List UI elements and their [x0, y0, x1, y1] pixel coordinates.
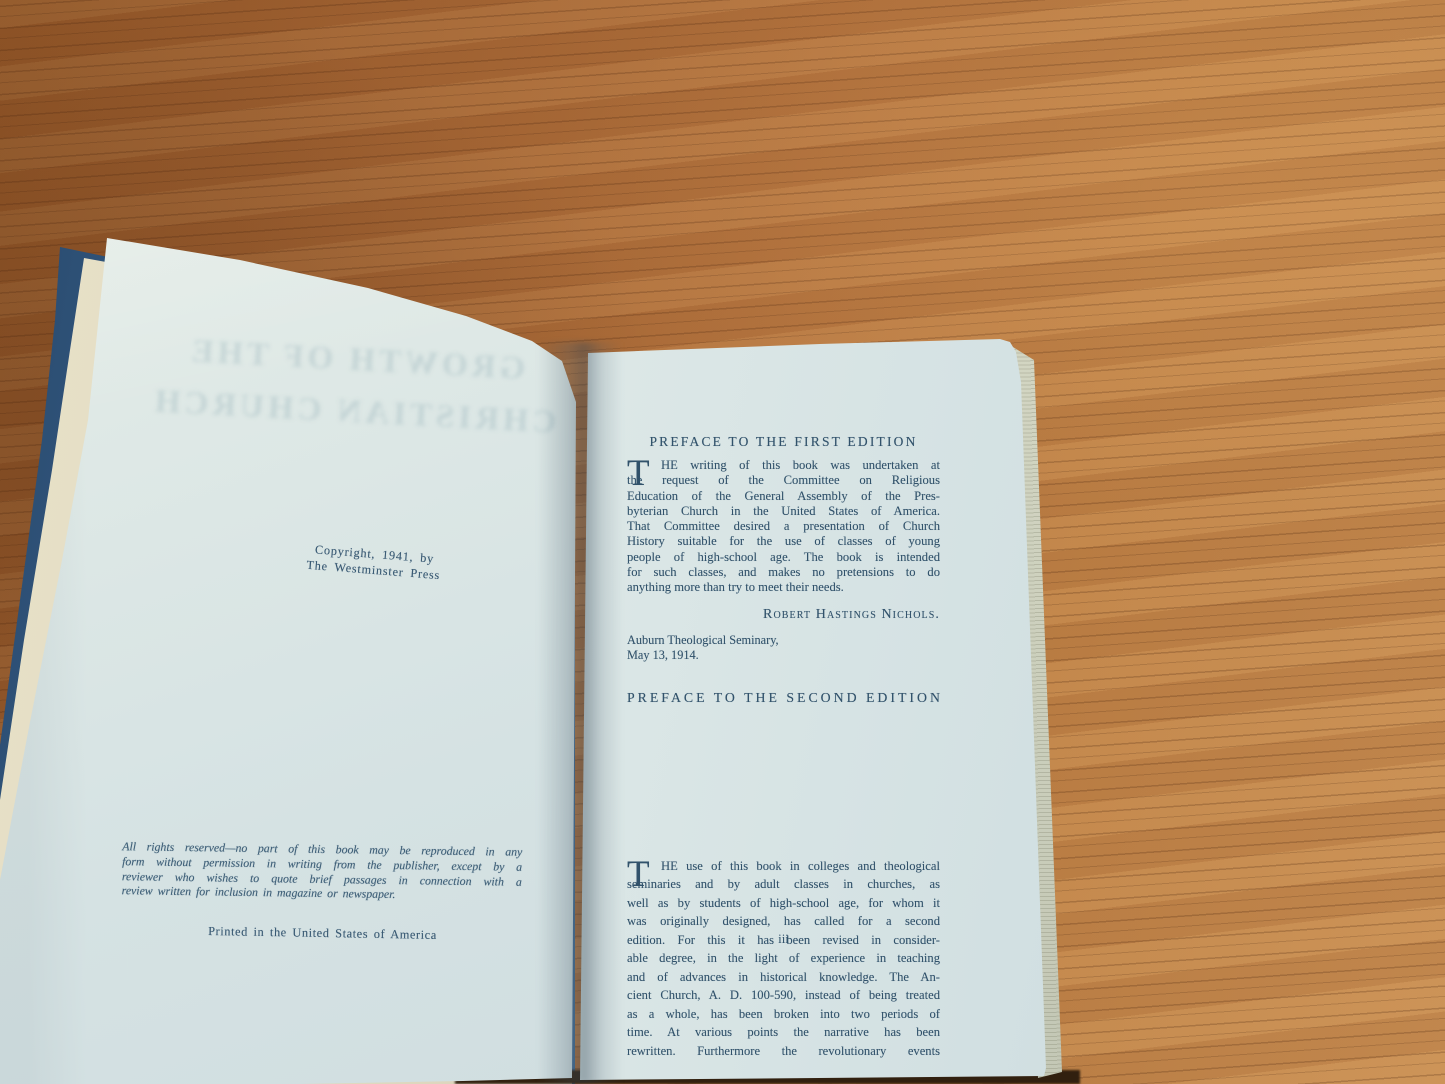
text-line: Education of the General Assembly of the… [627, 489, 940, 504]
seminary-line: Auburn Theological Seminary, [627, 633, 940, 648]
text-line: HE use of this book in colleges and theo… [627, 857, 940, 876]
text-line: That Committee desired a presentation of… [627, 519, 940, 534]
seminary-date-block: Auburn Theological Seminary, May 13, 191… [627, 633, 940, 662]
preface-second-edition-paragraph: T HE use of this book in colleges and th… [627, 857, 940, 1061]
text-line: able degree, in the light of experience … [627, 949, 940, 968]
spine-gutter-shadow [538, 342, 622, 1084]
drop-cap-t: T [627, 459, 650, 489]
preface-first-edition-paragraph: T HE writing of this book was undertaken… [627, 458, 940, 596]
author-signature: Robert Hastings Nichols. [627, 607, 948, 623]
text-line: and of advances in historical knowledge.… [627, 968, 940, 987]
preface-first-edition-heading: PREFACE TO THE FIRST EDITION [627, 434, 940, 450]
text-line: cient Church, A. D. 100-590, instead of … [627, 986, 940, 1005]
preface-second-edition-heading: PREFACE TO THE SECOND EDITION [627, 690, 940, 706]
photo-open-book-on-desk: GROWTH OF THE CHRISTIAN CHURCH Copyright… [0, 0, 1445, 1084]
date-line: May 13, 1914. [627, 648, 940, 663]
text-line: History suitable for the use of classes … [627, 534, 940, 549]
rights-reserved-paragraph: All rights reserved—no part of this book… [122, 839, 523, 904]
text-line: byterian Church in the United States of … [627, 504, 940, 519]
text-line: the request of the Committee on Religiou… [627, 473, 940, 488]
text-line: rewritten. Furthermore the revolutionary… [627, 1042, 940, 1061]
text-line: time. At various points the narrative ha… [627, 1023, 940, 1042]
text-line: seminaries and by adult classes in churc… [627, 875, 940, 894]
text-line: people of high-school age. The book is i… [627, 550, 940, 565]
text-line: anything more than try to meet their nee… [627, 580, 940, 595]
text-line: HE writing of this book was undertaken a… [627, 458, 940, 473]
text-line: for such classes, and makes no pretensio… [627, 565, 940, 580]
text-line: well as by students of high-school age, … [627, 894, 940, 913]
text-line: as a whole, has been broken into two per… [627, 1005, 940, 1024]
text-line: was originally designed, has called for … [627, 912, 940, 931]
page-number: iii [627, 931, 940, 947]
drop-cap-t: T [627, 860, 650, 890]
